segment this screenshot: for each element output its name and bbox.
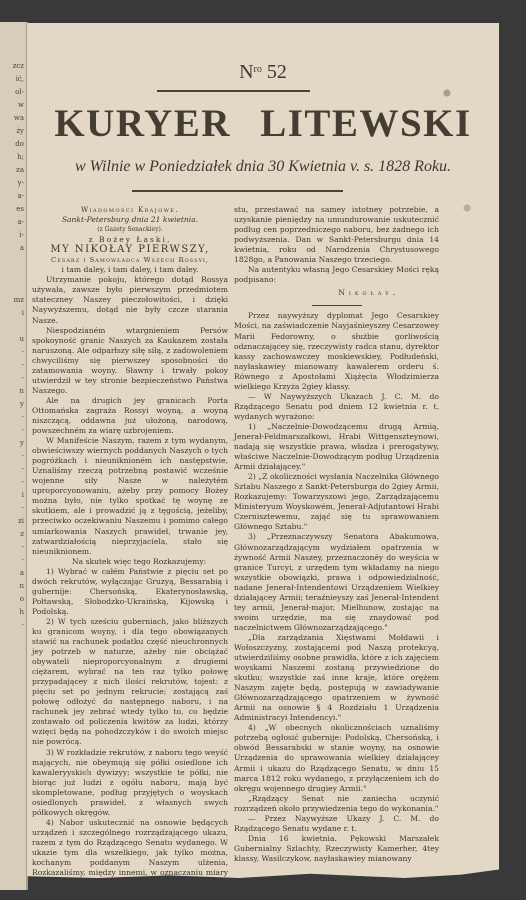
paragraph: Ale na drugich jey granicach Porta Ottom… <box>32 396 228 436</box>
source-note: (z Gazety Senackiey). <box>32 225 228 235</box>
margin-fragment: n <box>19 582 24 591</box>
issue-number-value: 52 <box>267 61 287 83</box>
emperor-titles: Cesarz i Samowładca Wszech Rossyi, <box>32 255 228 265</box>
paragraph: Niespodzianém wtargnieniem Persów spokoy… <box>32 326 228 396</box>
paragraph: 3) „Przeznaczywszy Senatora Abakumowa, G… <box>234 532 439 632</box>
paragraph: 4) „W obecnych okolicznościach uznaliśmy… <box>234 723 439 793</box>
margin-fragment: u <box>19 335 24 344</box>
margin-fragment: - <box>22 621 24 630</box>
signature: Nikołay. <box>234 288 439 298</box>
issue-prefix: N <box>239 61 253 83</box>
margin-fragment: - <box>22 465 24 474</box>
previous-page-edge: zczić,ol-wważydoh;zay-a-esa-i-amziu---ny… <box>0 22 27 890</box>
paragraph: 1) „Naczelnie-Dowodzącemu drugą Armią, J… <box>234 422 439 472</box>
margin-fragment: z <box>20 530 24 539</box>
margin-fragment: ży <box>16 127 24 136</box>
margin-fragment: a <box>20 244 24 253</box>
margin-fragment: w <box>18 101 24 110</box>
margin-fragment: y <box>20 400 24 409</box>
dateline: w Wilnie w Poniedziałek dnia 30 Kwietnia… <box>27 158 499 176</box>
margin-fragment: n <box>19 387 24 396</box>
margin-fragment: wa <box>14 114 24 123</box>
margin-fragment: ol- <box>15 88 24 97</box>
margin-fragment: zcz <box>13 62 24 71</box>
right-column: stu, przestawać na samey istotney potrze… <box>234 205 439 864</box>
margin-fragment: i- <box>19 231 24 240</box>
margin-fragment: za <box>16 166 24 175</box>
margin-fragment: mz <box>14 296 24 305</box>
margin-fragment: zi <box>18 517 24 526</box>
paragraph: 2) W tych sześciu guberniach, jako bliżs… <box>32 617 228 748</box>
paragraph: W Manifeście Naszym, razem z tym wydanym… <box>32 436 228 557</box>
margin-fragment: y <box>20 439 24 448</box>
paragraph: „Dla zarządzania Xięstwami Mołdawii i Wo… <box>234 633 439 723</box>
margin-fragment: - <box>22 361 24 370</box>
paragraph: Przez naywyższy dyplomat Jego Cesarskiey… <box>234 311 439 391</box>
paragraph: Dnia 16 kwietnia. Pękowski Marszałek Gub… <box>234 834 439 864</box>
paragraph: Na autentyku własną Jego Cesarskiey Mośc… <box>234 265 439 285</box>
margin-fragment: i <box>22 309 24 318</box>
paragraph: 1) Wybrać w całém Państwie z pięciu set … <box>32 567 228 617</box>
place-date: Sankt-Petersburg dnia 21 kwietnia. <box>32 215 228 225</box>
issue-sup: ro <box>254 64 262 75</box>
margin-fragment: i <box>22 491 24 500</box>
issue-number: Nro 52 <box>27 61 499 84</box>
paragraph: 4) Nabor uskutecznić na osnowie będących… <box>32 818 228 888</box>
paragraph: 2) „Z okoliczności wysłania Naczelnika G… <box>234 472 439 532</box>
margin-fragment: a- <box>17 192 24 201</box>
margin-fragment: y- <box>18 179 24 188</box>
margin-fragment: - <box>22 478 24 487</box>
paragraph: 3) W rozkładzie rekrutów, z naboru tego … <box>32 748 228 818</box>
etc-line: i tam daley, i tam daley, i tam daley. <box>32 265 228 275</box>
margin-fragment: - <box>22 426 24 435</box>
margin-fragment: do <box>15 140 24 149</box>
margin-fragment: ić, <box>16 75 24 84</box>
margin-fragment: - <box>22 452 24 461</box>
margin-fragment: - <box>22 413 24 422</box>
margin-fragment: o <box>20 595 24 604</box>
left-column: Wiadomości Krajowe. Sankt-Petersburg dni… <box>32 205 228 888</box>
emperor-name: MY NIKOŁAY PIERWSZY, <box>32 245 228 255</box>
section-heading: Wiadomości Krajowe. <box>32 205 228 215</box>
margin-fragment: a <box>20 569 24 578</box>
margin-fragment: a- <box>17 218 24 227</box>
margin-fragment: h <box>19 608 24 617</box>
paragraph: Na skutek więc tego Rozkazujemy: <box>32 557 228 567</box>
margin-fragment: - <box>22 348 24 357</box>
paragraph: — W Naywyższych Ukazach J. C. M. do Rząd… <box>234 392 439 422</box>
paragraph: — Przez Naywyższe Ukazy J. C. M. do Rząd… <box>234 814 439 834</box>
paragraph: „Rządzący Senat nie zaniecha uczynić roz… <box>234 794 439 814</box>
margin-fragment: es <box>16 205 24 214</box>
masthead-rule-bottom <box>132 190 343 192</box>
margin-fragment: - <box>22 374 24 383</box>
paragraph: stu, przestawać na samey istotney potrze… <box>234 205 439 265</box>
masthead-rule-top <box>157 90 310 92</box>
newspaper-page: Nro 52 KURYER LITEWSKI w Wilnie w Ponied… <box>27 23 499 878</box>
margin-fragment: h; <box>17 153 24 162</box>
margin-fragment: - <box>22 543 24 552</box>
paragraph: Utrzymanie pokoju, którego dotąd Rossya … <box>32 275 228 325</box>
separator-rule <box>312 305 362 306</box>
newspaper-title: KURYER LITEWSKI <box>27 101 499 146</box>
margin-fragment: - <box>22 556 24 565</box>
margin-fragment: - <box>22 504 24 513</box>
